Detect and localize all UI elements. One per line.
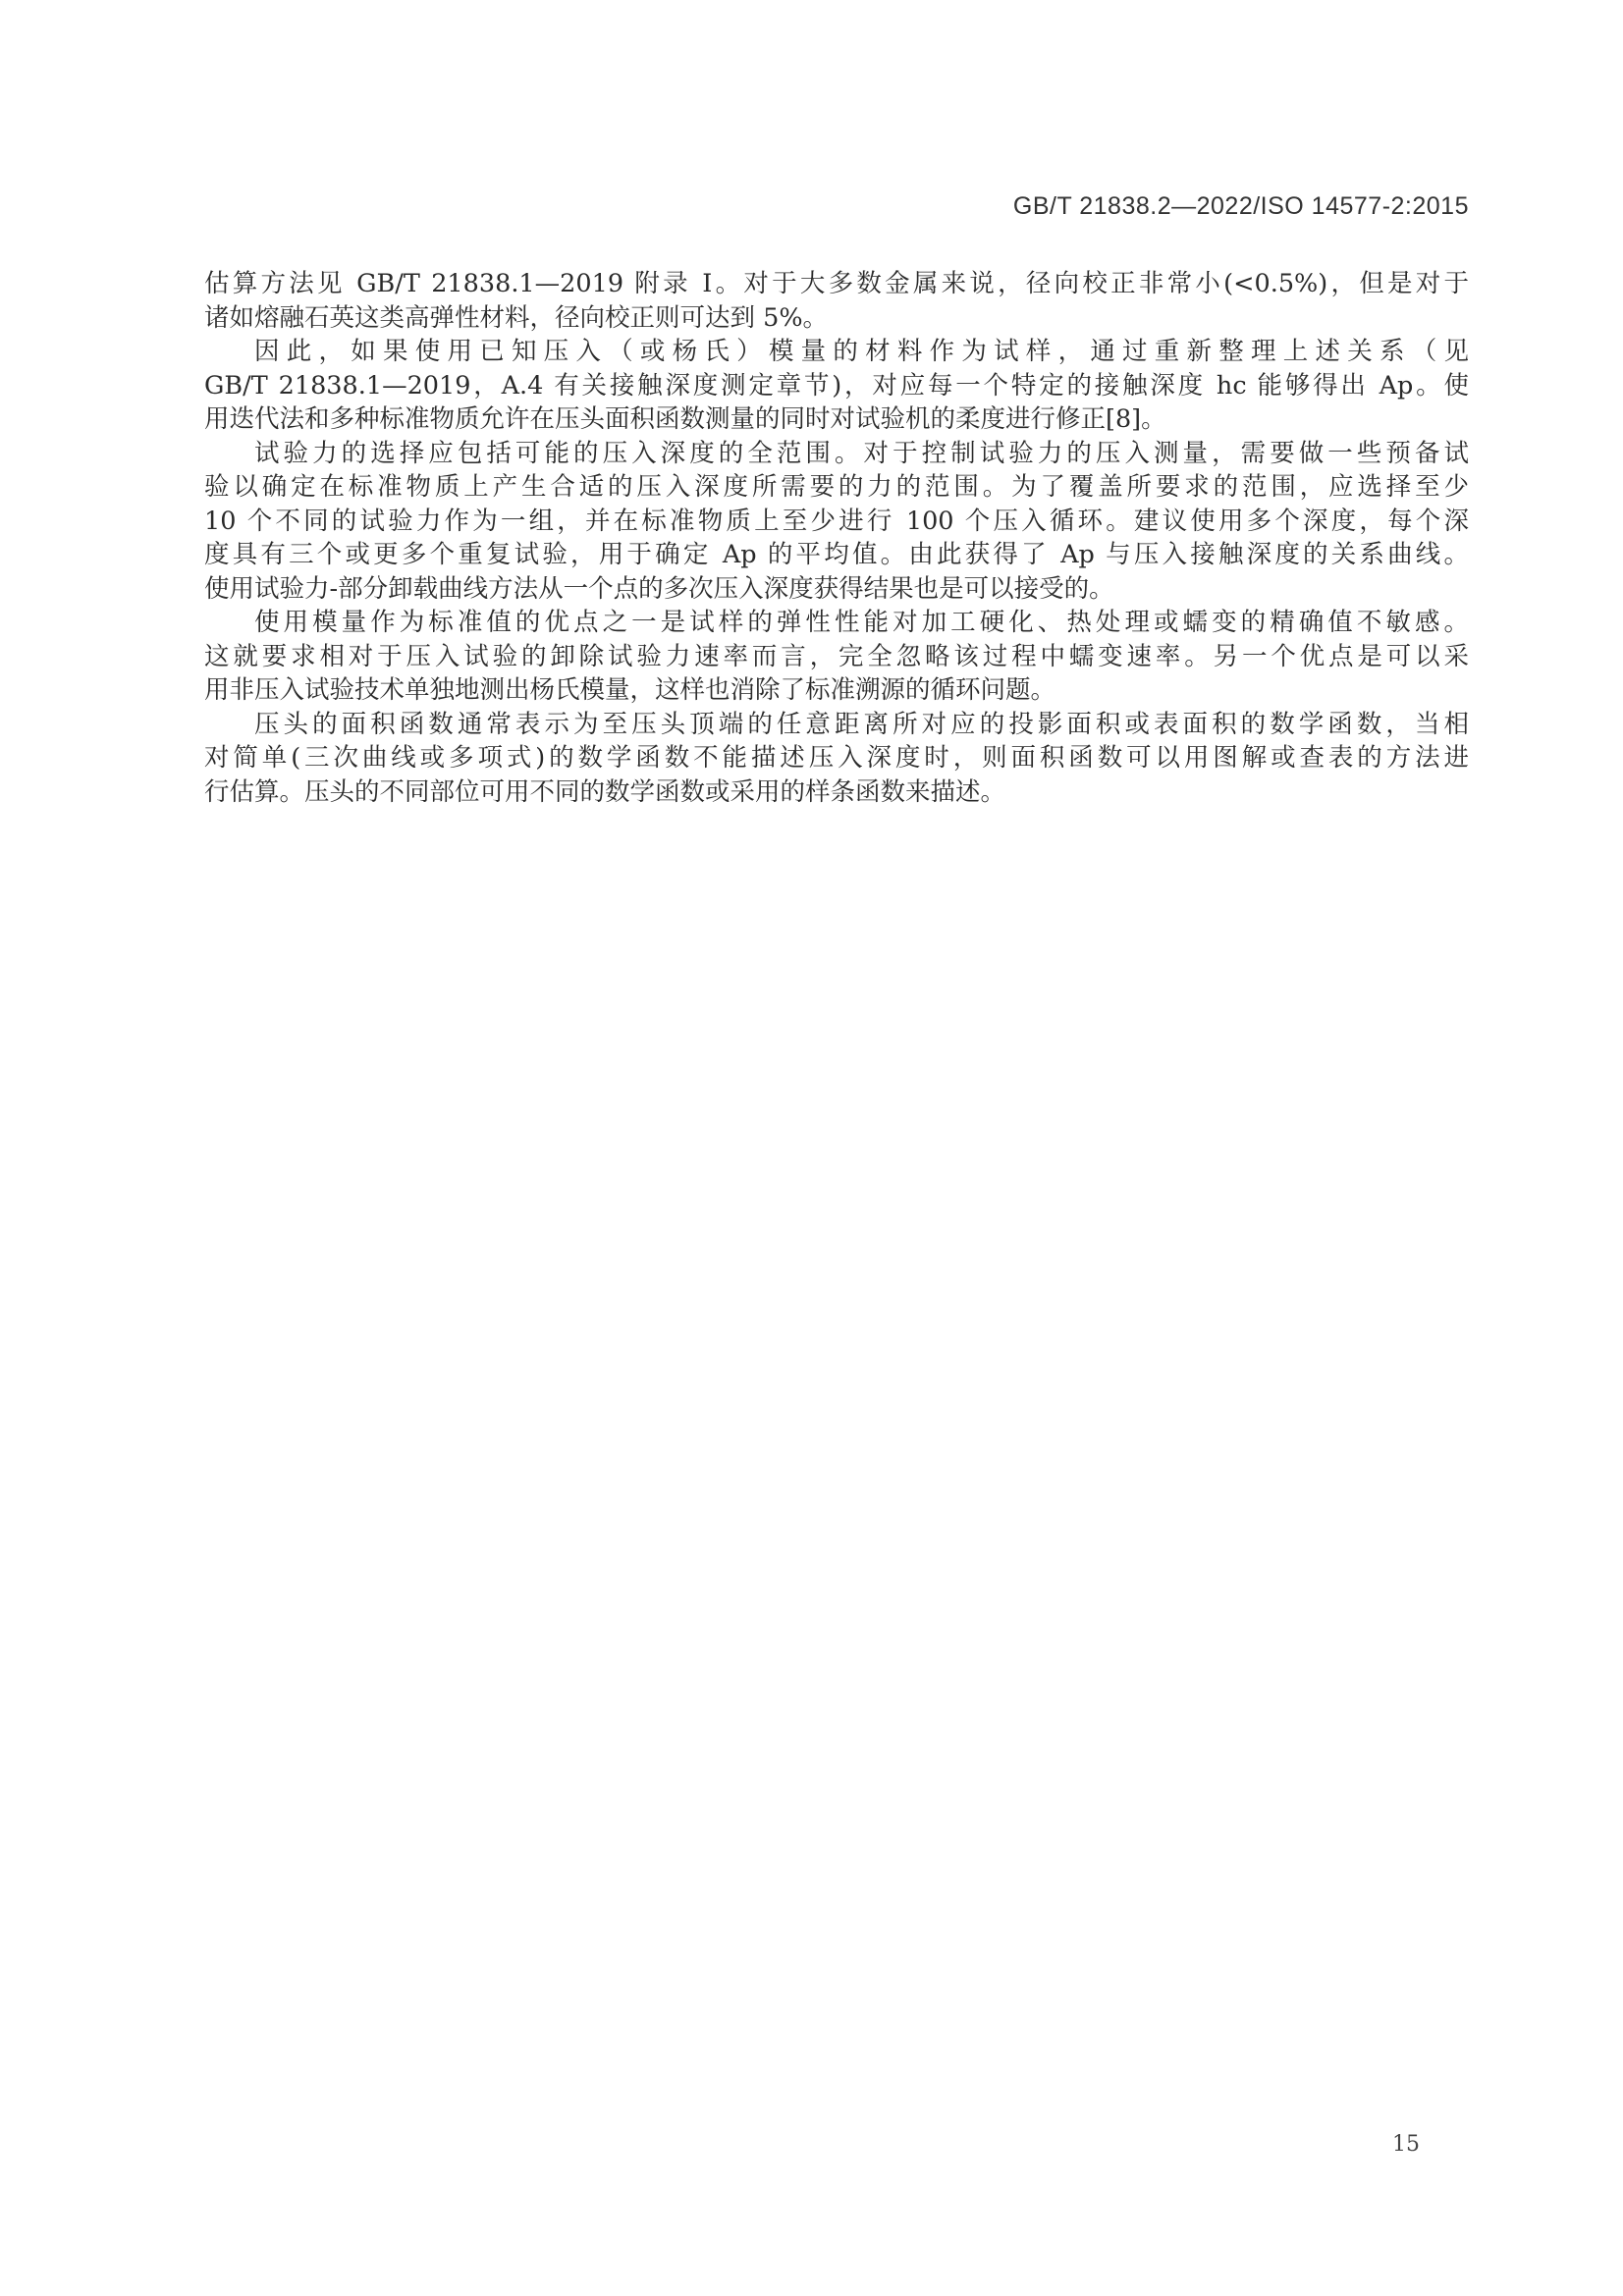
- text-line: 因此，如果使用已知压入（或杨氏）模量的材料作为试样，通过重新整理上述关系（见: [204, 335, 1469, 369]
- text-line: 使用试验力-部分卸载曲线方法从一个点的多次压入深度获得结果也是可以接受的。: [204, 572, 1469, 607]
- text-line: 对简单(三次曲线或多项式)的数学函数不能描述压入深度时，则面积函数可以用图解或查…: [204, 741, 1469, 775]
- text-line: 行估算。压头的不同部位可用不同的数学函数或采用的样条函数来描述。: [204, 775, 1469, 810]
- text-line: 用非压入试验技术单独地测出杨氏模量，这样也消除了标准溯源的循环问题。: [204, 673, 1469, 708]
- page-number: 15: [1392, 2132, 1420, 2157]
- paragraph-test-force: 试验力的选择应包括可能的压入深度的全范围。对于控制试验力的压入测量，需要做一些预…: [204, 437, 1469, 607]
- text-line: 用迭代法和多种标准物质允许在压头面积函数测量的同时对试验机的柔度进行修正[8]。: [204, 402, 1469, 437]
- text-line: 估算方法见 GB/T 21838.1—2019 附录 I。对于大多数金属来说，径…: [204, 267, 1469, 301]
- text-line: 诸如熔融石英这类高弹性材料，径向校正则可达到 5%。: [204, 301, 1469, 336]
- text-line: 压头的面积函数通常表示为至压头顶端的任意距离所对应的投影面积或表面积的数学函数，…: [204, 708, 1469, 742]
- text-line: GB/T 21838.1—2019，A.4 有关接触深度测定章节)，对应每一个特…: [204, 369, 1469, 403]
- text-line: 验以确定在标准物质上产生合适的压入深度所需要的力的范围。为了覆盖所要求的范围，应…: [204, 470, 1469, 505]
- paragraph-known-modulus: 因此，如果使用已知压入（或杨氏）模量的材料作为试样，通过重新整理上述关系（见 G…: [204, 335, 1469, 437]
- text-line: 10 个不同的试验力作为一组，并在标准物质上至少进行 100 个压入循环。建议使…: [204, 505, 1469, 539]
- standard-header: GB/T 21838.2—2022/ISO 14577-2:2015: [1013, 192, 1469, 221]
- paragraph-area-function: 压头的面积函数通常表示为至压头顶端的任意距离所对应的投影面积或表面积的数学函数，…: [204, 708, 1469, 810]
- paragraph-continuation: 估算方法见 GB/T 21838.1—2019 附录 I。对于大多数金属来说，径…: [204, 267, 1469, 335]
- document-body: 估算方法见 GB/T 21838.1—2019 附录 I。对于大多数金属来说，径…: [204, 267, 1469, 809]
- text-line: 这就要求相对于压入试验的卸除试验力速率而言，完全忽略该过程中蠕变速率。另一个优点…: [204, 640, 1469, 674]
- paragraph-modulus-advantage: 使用模量作为标准值的优点之一是试样的弹性性能对加工硬化、热处理或蠕变的精确值不敏…: [204, 606, 1469, 708]
- text-line: 使用模量作为标准值的优点之一是试样的弹性性能对加工硬化、热处理或蠕变的精确值不敏…: [204, 606, 1469, 640]
- text-line: 度具有三个或更多个重复试验，用于确定 Ap 的平均值。由此获得了 Ap 与压入接…: [204, 538, 1469, 572]
- text-line: 试验力的选择应包括可能的压入深度的全范围。对于控制试验力的压入测量，需要做一些预…: [204, 437, 1469, 471]
